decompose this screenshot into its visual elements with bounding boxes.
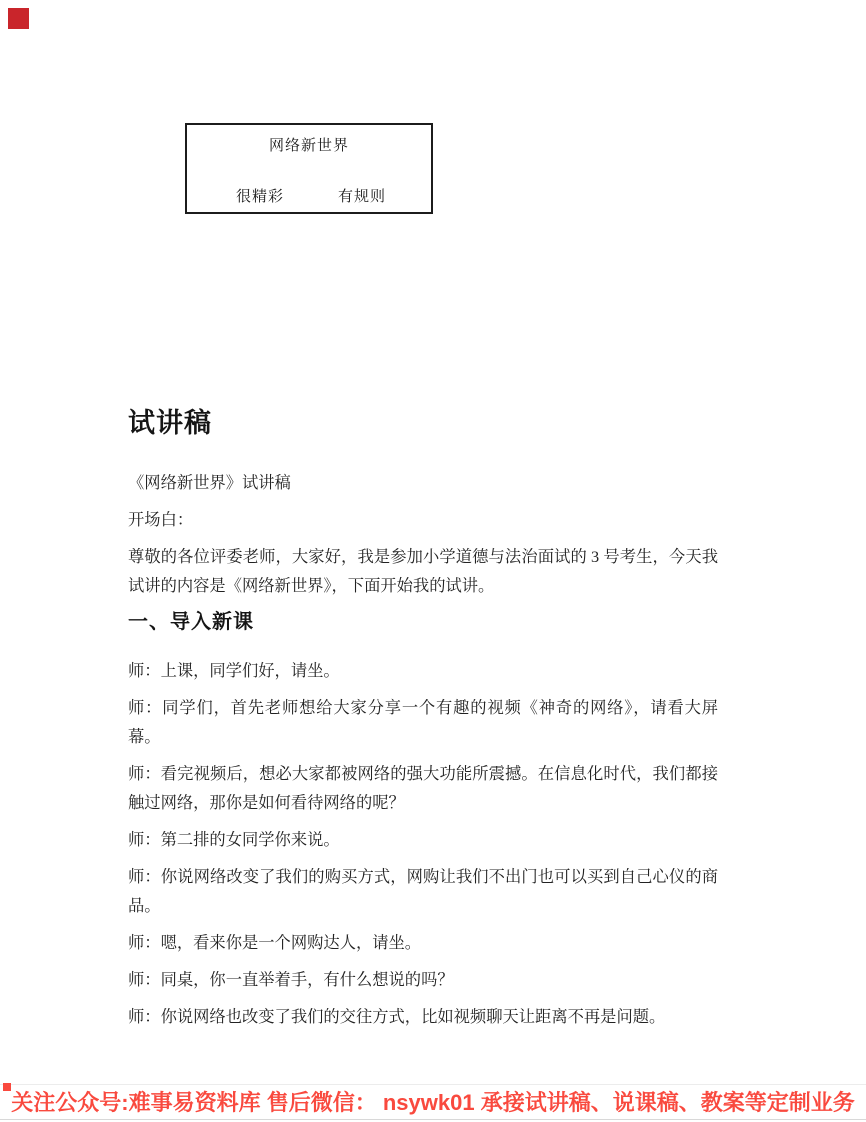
- document-content: 试讲稿 《网络新世界》试讲稿 开场白： 尊敬的各位评委老师，大家好，我是参加小学…: [128, 406, 718, 1039]
- dialogue-line: 师：你说网络改变了我们的购买方式，网购让我们不出门也可以买到自己心仪的商品。: [128, 862, 718, 920]
- dialogue-line: 师：看完视频后，想必大家都被网络的强大功能所震撼。在信息化时代，我们都接触过网络…: [128, 759, 718, 817]
- opening-label: 开场白：: [128, 505, 718, 534]
- red-corner-marker: [8, 8, 29, 29]
- document-subtitle: 《网络新世界》试讲稿: [128, 468, 718, 497]
- document-title: 试讲稿: [128, 406, 718, 440]
- section-heading-lead-in: 一、导入新课: [128, 608, 718, 636]
- dialogue-line: 师：同桌，你一直举着手，有什么想说的吗？: [128, 965, 718, 994]
- dialogue-line: 师：你说网络也改变了我们的交往方式，比如视频聊天让距离不再是问题。: [128, 1002, 718, 1031]
- dialogue-line: 师：第二排的女同学你来说。: [128, 825, 718, 854]
- dialogue-line: 师：同学们，首先老师想给大家分享一个有趣的视频《神奇的网络》，请看大屏幕。: [128, 693, 718, 751]
- concept-diagram-box: 网络新世界 很精彩 有规则: [185, 123, 433, 214]
- dialogue-line: 师：嗯，看来你是一个网购达人，请坐。: [128, 928, 718, 957]
- bottom-divider: [0, 1119, 866, 1120]
- diagram-title: 网络新世界: [187, 134, 431, 155]
- page-bottom-border: [0, 1084, 866, 1085]
- document-page: 网络新世界 很精彩 有规则 试讲稿 《网络新世界》试讲稿 开场白： 尊敬的各位评…: [0, 0, 866, 1122]
- promo-banner-text: 关注公众号:难事易资料库 售后微信： nsywk01 承接试讲稿、说课稿、教案等…: [11, 1090, 854, 1115]
- diagram-label-right: 有规则: [338, 185, 386, 206]
- opening-paragraph: 尊敬的各位评委老师，大家好，我是参加小学道德与法治面试的 3 号考生，今天我试讲…: [128, 542, 718, 600]
- dialogue-line: 师：上课，同学们好，请坐。: [128, 656, 718, 685]
- diagram-label-left: 很精彩: [236, 185, 284, 206]
- promo-banner: 关注公众号:难事易资料库 售后微信： nsywk01 承接试讲稿、说课稿、教案等…: [0, 1088, 866, 1120]
